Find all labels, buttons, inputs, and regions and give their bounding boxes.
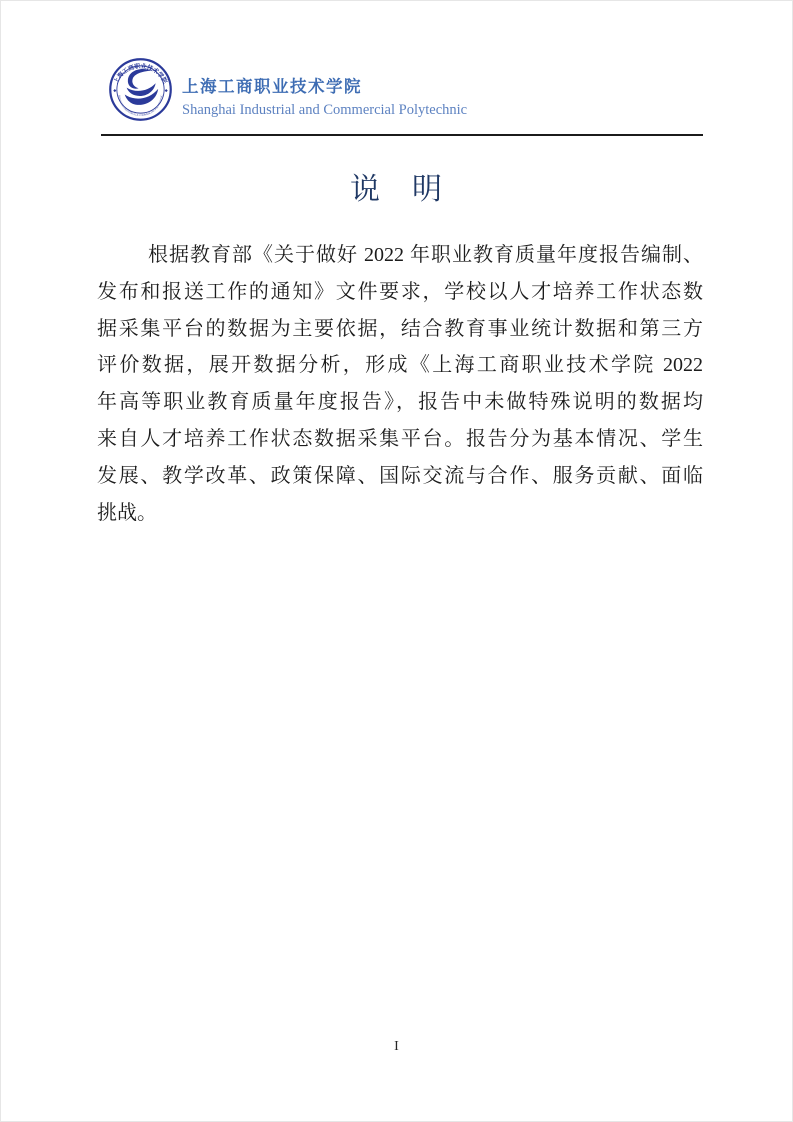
paragraph-line: 年高等职业教育质量年度报告》，报告中未做特殊说明的数据均 xyxy=(97,384,703,421)
school-name-en: Shanghai Industrial and Commercial Polyt… xyxy=(182,101,467,119)
paragraph-line: 据采集平台的数据为主要依据，结合教育事业统计数据和第三方 xyxy=(97,311,703,348)
school-name-block: 上海工商职业技术学院 Shanghai Industrial and Comme… xyxy=(182,77,467,119)
paragraph-line: 挑战。 xyxy=(97,495,703,532)
paragraph-line: 发展、教学改革、政策保障、国际交流与合作、服务贡献、面临 xyxy=(97,458,703,495)
paragraph-line: 发布和报送工作的通知》文件要求，学校以人才培养工作状态数 xyxy=(97,274,703,311)
school-name-zh: 上海工商职业技术学院 xyxy=(182,77,467,97)
paragraph-line: 评价数据，展开数据分析，形成《上海工商职业技术学院 2022 xyxy=(97,347,703,384)
page-number: I xyxy=(1,1039,792,1055)
document-page: 上海工商职业技术学院 SHANGHAI INDUSTRIAL & COMMERC… xyxy=(0,0,793,1122)
school-logo-emblem: 上海工商职业技术学院 SHANGHAI INDUSTRIAL & COMMERC… xyxy=(109,58,172,121)
body-paragraph: 根据教育部《关于做好 2022 年职业教育质量年度报告编制、 发布和报送工作的通… xyxy=(97,237,703,531)
paragraph-line: 来自人才培养工作状态数据采集平台。报告分为基本情况、学生 xyxy=(97,421,703,458)
header-divider xyxy=(101,134,703,136)
paragraph-line: 根据教育部《关于做好 2022 年职业教育质量年度报告编制、 xyxy=(97,237,703,274)
page-title: 说 明 xyxy=(1,173,792,207)
